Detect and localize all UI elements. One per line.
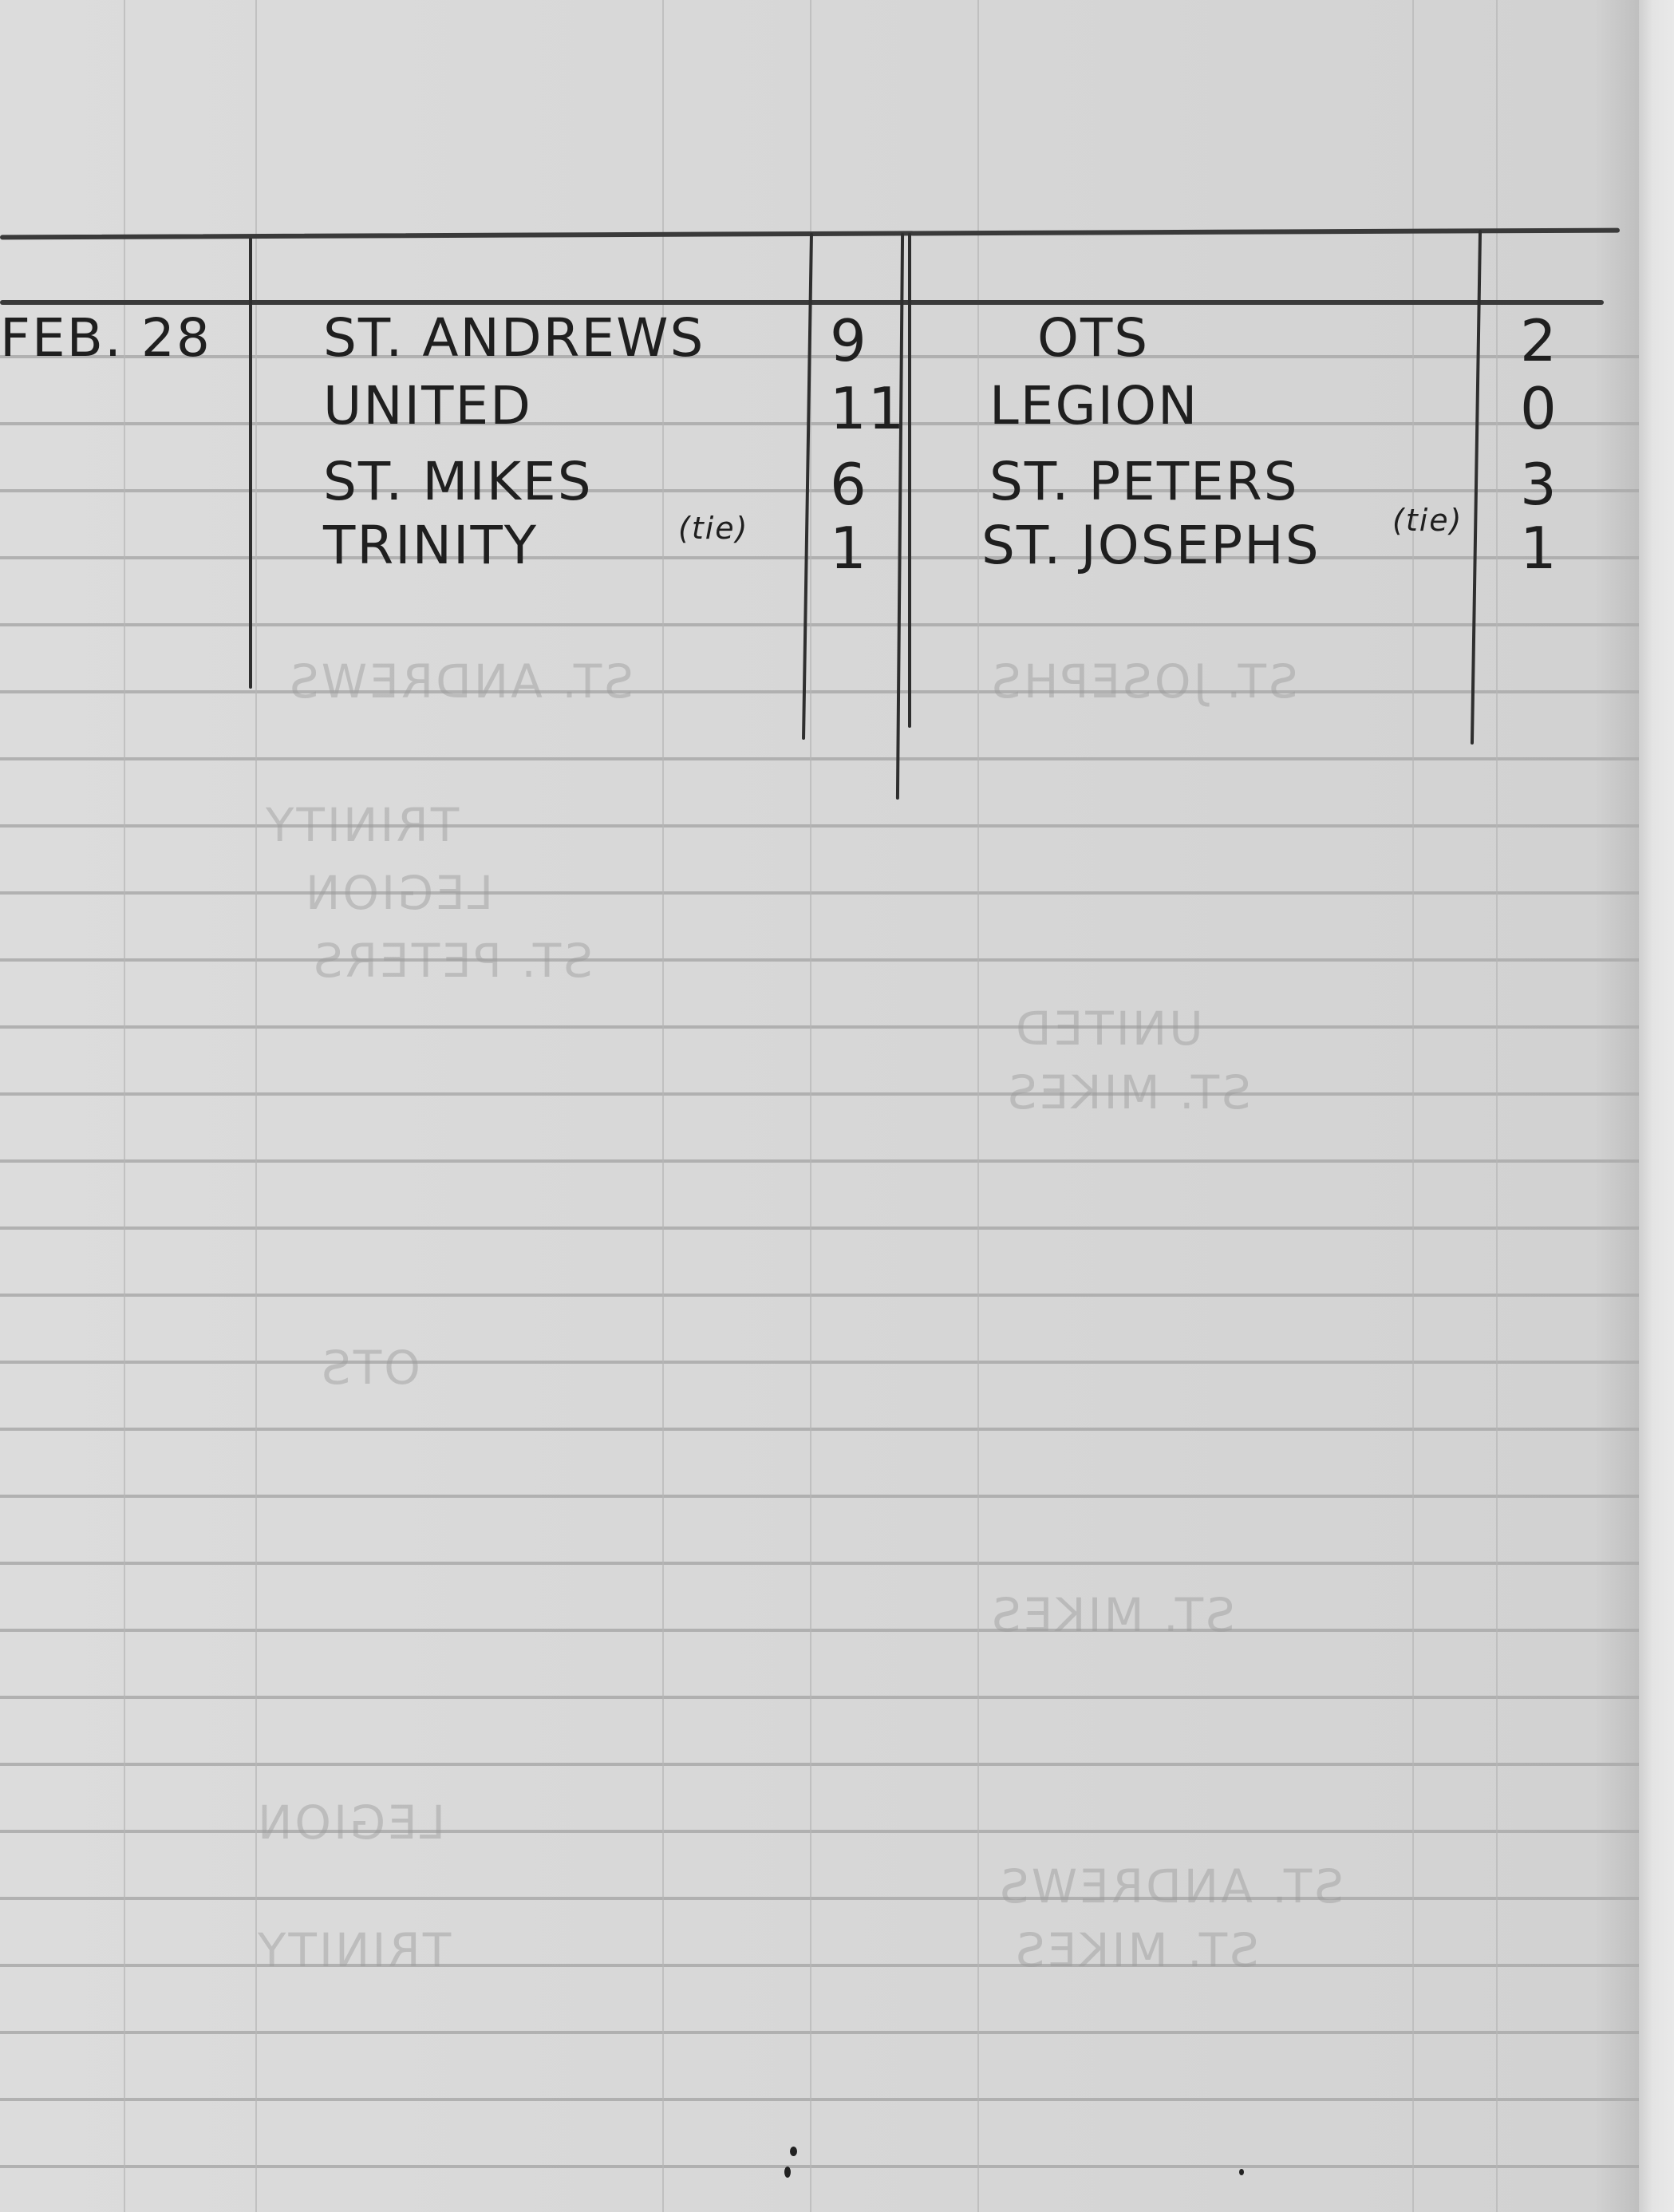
entry-date: FEB. 28 [0, 307, 211, 369]
ruled-column-line [1496, 0, 1498, 2212]
away-score: 1 [1520, 515, 1558, 582]
bleed-through-text: ST. PETERS [311, 934, 593, 988]
home-score: 6 [830, 451, 868, 518]
away-team: OTS [1037, 307, 1149, 369]
ruled-line [0, 824, 1644, 828]
ruled-line [0, 2031, 1644, 2034]
ruled-line [0, 1159, 1644, 1163]
bleed-through-text: ST. MIKES [1005, 1065, 1251, 1120]
header-bottom-line [0, 300, 1604, 305]
ruled-line [0, 1092, 1644, 1096]
ruled-column-line [1412, 0, 1414, 2212]
home-team: ST. MIKES [323, 451, 593, 512]
bleed-through-text: ST. ANDREWS [997, 1859, 1344, 1914]
bleed-through-text: LEGION [303, 866, 493, 920]
bleed-through-text: ST. MIKES [1013, 1923, 1259, 1977]
ruled-line [0, 690, 1644, 693]
ruled-line [0, 1897, 1644, 1900]
ink-speck [1239, 2169, 1244, 2175]
ruled-line [0, 2098, 1644, 2101]
away-score: 0 [1520, 375, 1558, 442]
home-score: 1 [830, 515, 868, 582]
away-tie-note: tie [1392, 503, 1463, 538]
ruled-line [0, 1226, 1644, 1230]
date-column-divider [249, 238, 252, 689]
away-team: ST. PETERS [989, 451, 1299, 512]
home-team: ST. ANDREWS [323, 307, 705, 369]
away-score-divider [1471, 230, 1482, 745]
bleed-through-text: LEGION [255, 1795, 445, 1850]
ruled-column-line [977, 0, 979, 2212]
ruled-line [0, 422, 1644, 425]
home-score: 9 [830, 307, 868, 374]
away-score: 2 [1520, 307, 1558, 374]
bleed-through-text: UNITED [1013, 1001, 1203, 1056]
home-team: TRINITY [323, 515, 538, 576]
ruled-line [0, 891, 1644, 895]
away-team-divider [896, 233, 904, 800]
home-tie-note: tie [678, 511, 749, 546]
bleed-through-text: TRINITY [255, 1923, 451, 1977]
ink-speck [784, 2167, 791, 2178]
ruled-line [0, 489, 1644, 492]
ruled-line [0, 1562, 1644, 1565]
bleed-through-text: ST. JOSEPHS [989, 654, 1298, 709]
ruled-line [0, 1696, 1644, 1699]
ruled-column-line [255, 0, 257, 2212]
bleed-through-text: OTS [319, 1341, 420, 1395]
page-edge [1639, 0, 1674, 2212]
ruled-line [0, 556, 1644, 559]
ruled-line [0, 1428, 1644, 1431]
bleed-through-text: TRINITY [263, 798, 459, 852]
home-team: UNITED [323, 375, 532, 436]
ruled-line [0, 1025, 1644, 1029]
ruled-line [0, 1964, 1644, 1967]
ruled-line [0, 1629, 1644, 1632]
ruled-line [0, 1830, 1644, 1833]
ruled-line [0, 757, 1644, 760]
bleed-through-text: ST. ANDREWS [287, 654, 634, 709]
ruled-line [0, 2165, 1644, 2168]
ruled-line [0, 355, 1644, 358]
ruled-line [0, 1495, 1644, 1498]
away-team: LEGION [989, 375, 1198, 436]
home-score: 11 [830, 375, 906, 442]
ruled-line [0, 623, 1644, 626]
ledger-page: ST. ANDREWS ST. JOSEPHS TRINITY LEGION S… [0, 0, 1644, 2212]
ruled-line [0, 1294, 1644, 1297]
away-team: ST. JOSEPHS [981, 515, 1321, 576]
bleed-through-text: ST. MIKES [989, 1588, 1235, 1642]
ruled-line [0, 1361, 1644, 1364]
ink-speck [790, 2147, 797, 2156]
ruled-line [0, 958, 1644, 962]
home-score-divider-2 [908, 233, 911, 728]
ruled-line [0, 1763, 1644, 1766]
away-score: 3 [1520, 451, 1558, 518]
